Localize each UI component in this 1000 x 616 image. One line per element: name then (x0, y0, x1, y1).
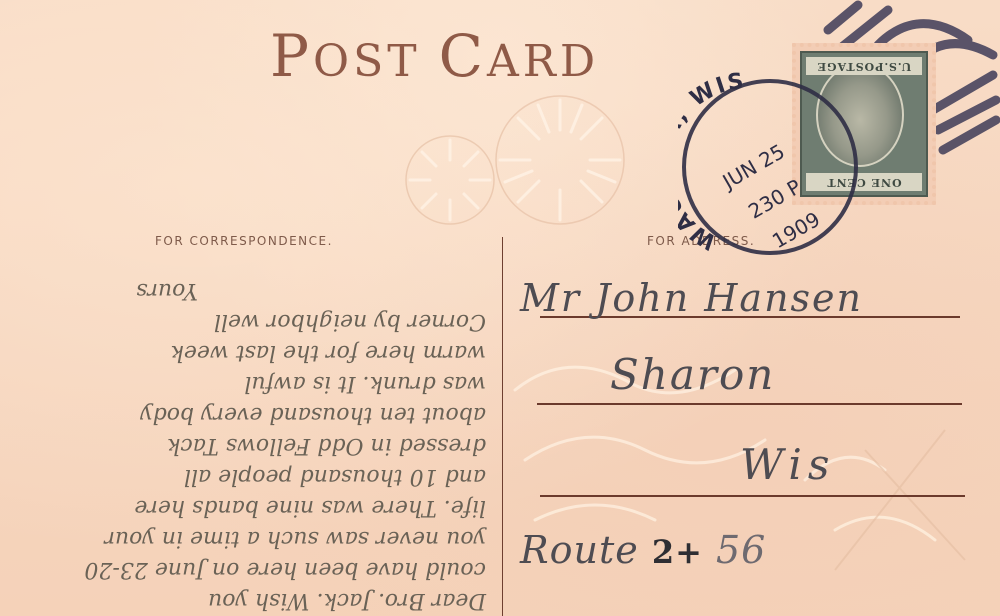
route-number: 2+ (652, 533, 703, 571)
message-line: and 10 thousand people all (18, 461, 498, 492)
correspondence-label: FOR CORRESPONDENCE. (155, 234, 333, 248)
message-line: was drunk. It is awful (18, 368, 498, 399)
message-line: life. There was nine bands here (18, 492, 498, 523)
message-line: could have been here on June 23-20 (18, 554, 498, 585)
recipient-name: Mr John Hansen (520, 276, 863, 320)
recipient-city: Sharon (610, 350, 775, 399)
recipient-route: Route 2+ 56 (520, 528, 766, 572)
handwritten-message: Dear Bro. Jack. Wish you could have been… (18, 250, 498, 616)
postmark: WAUPACA, WIS JUN 25 230 P 1909 (678, 72, 868, 276)
postcard-title: POST CARD (270, 22, 599, 90)
address-line-2 (537, 403, 962, 405)
route-extra: 56 (716, 528, 766, 572)
message-line: Corner by neighbor well (18, 306, 498, 337)
address-line-3 (540, 495, 965, 497)
postmark-year: 1909 (768, 207, 824, 253)
center-divider (502, 237, 503, 616)
message-signature: Yours (18, 275, 498, 306)
message-line: dressed in Odd Fellows Tack (18, 430, 498, 461)
recipient-state: Wis (740, 440, 835, 489)
message-line: warm here for the last week (18, 337, 498, 368)
message-line: about ten thousand every body (18, 399, 498, 430)
postcard-back: POST CARD FOR CORRESPONDENCE. FOR ADDRES… (0, 0, 1000, 616)
route-word: Route (520, 528, 639, 572)
message-line: Dear Bro. Jack. Wish you (18, 585, 498, 616)
message-line: you never saw such a time in your (18, 523, 498, 554)
